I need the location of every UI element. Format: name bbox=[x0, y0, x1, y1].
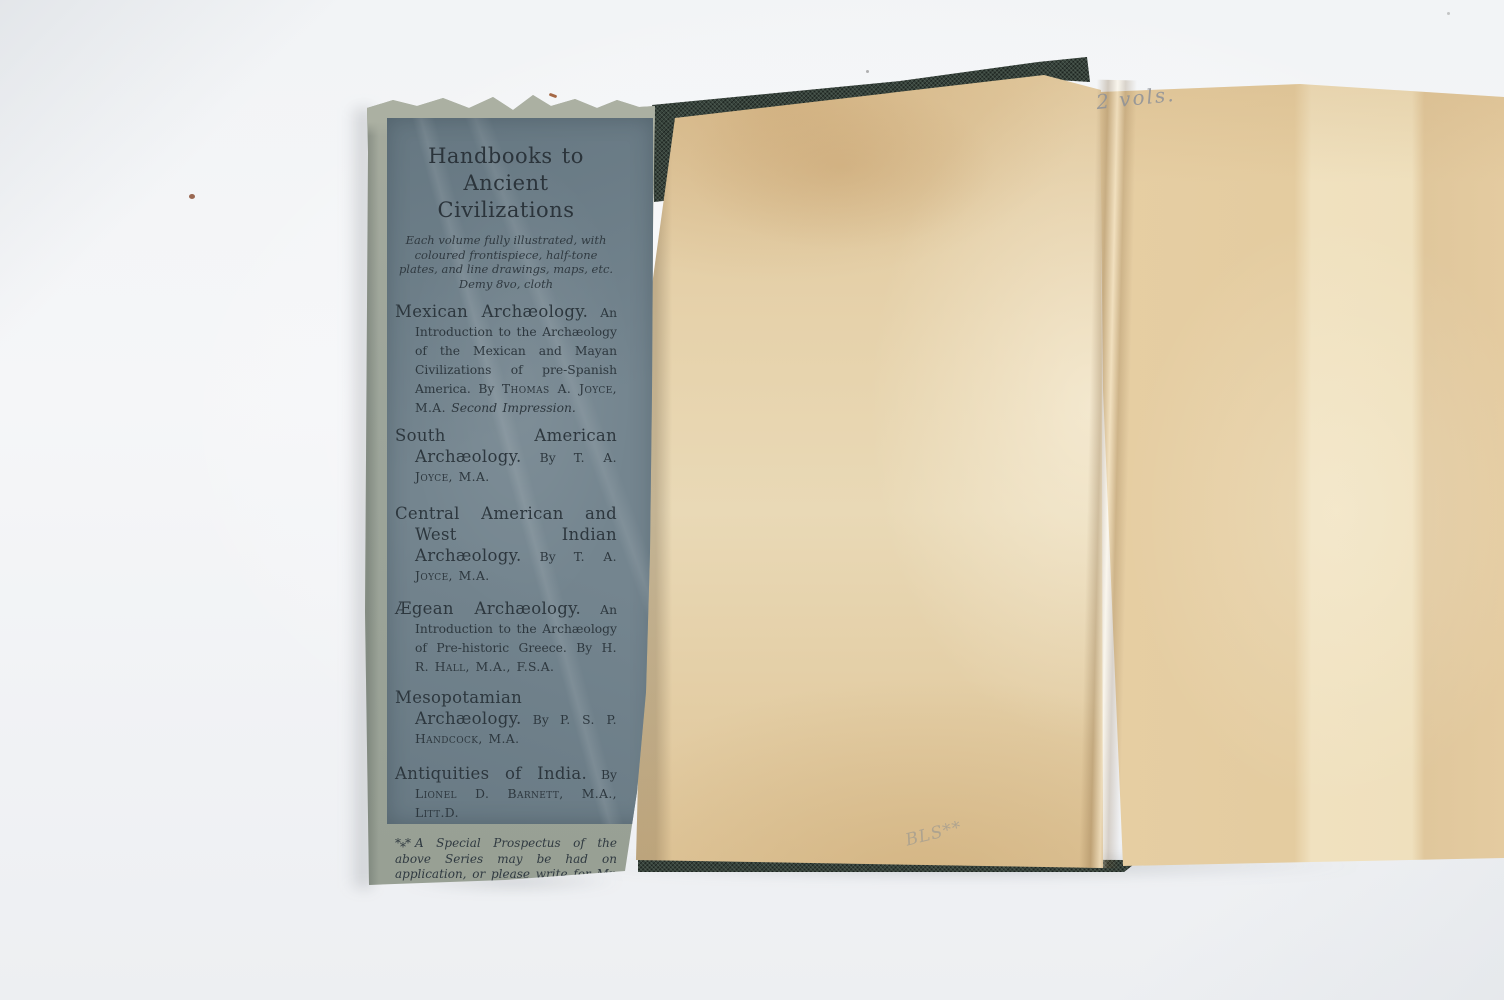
catalog-entry: Ægean Archæology. An Introduction to the… bbox=[395, 599, 617, 677]
entry-segment-smallcaps: Lionel D. Barnett, M.A., Litt.D. bbox=[415, 787, 617, 820]
entry-segment-italic: Second Impression. bbox=[446, 401, 576, 415]
entry-segment-display: Mesopotamian Archæology. bbox=[395, 688, 522, 728]
entry-segment-display: Antiquities of India. bbox=[395, 764, 587, 783]
entry-segment-plain: By bbox=[522, 451, 574, 465]
catalog-entry: Mexican Archæology. An Introduction to t… bbox=[395, 302, 617, 418]
dust-speck bbox=[1447, 12, 1450, 15]
asterism-mark: *⁎* bbox=[395, 836, 410, 850]
entry-segment-plain: By bbox=[587, 768, 617, 782]
entry-segment-display: Ægean Archæology. bbox=[395, 599, 581, 618]
entry-segment-display: Mexican Archæology. bbox=[395, 302, 588, 321]
entry-segment-plain: By bbox=[522, 550, 574, 564]
series-subtitle: Each volume fully illustrated, with colo… bbox=[395, 233, 617, 291]
catalog-entries: Mexican Archæology. An Introduction to t… bbox=[395, 302, 617, 823]
catalog-entry: South American Archæology. By T. A. Joyc… bbox=[395, 426, 617, 487]
flap-text-column: Handbooks to Ancient Civilizations Each … bbox=[395, 143, 617, 1000]
series-title: Handbooks to Ancient Civilizations bbox=[395, 143, 617, 224]
catalog-entry: Antiquities of India. By Lionel D. Barne… bbox=[395, 764, 617, 823]
catalog-entry: Mesopotamian Archæology. By P. S. P. Han… bbox=[395, 688, 617, 749]
pastedown-endpaper bbox=[620, 70, 1110, 872]
entry-segment-plain: By bbox=[522, 713, 560, 727]
dust-speck bbox=[866, 70, 869, 73]
photograph-of-open-book: 2 vols. BLS** Handbooks to Ancient Civil… bbox=[0, 0, 1504, 1000]
dust-speck bbox=[189, 194, 195, 199]
free-endpaper bbox=[1085, 70, 1504, 872]
catalog-entry: Central American and West Indian Archæol… bbox=[395, 504, 617, 586]
dust-jacket-flap: Handbooks to Ancient Civilizations Each … bbox=[365, 92, 673, 886]
